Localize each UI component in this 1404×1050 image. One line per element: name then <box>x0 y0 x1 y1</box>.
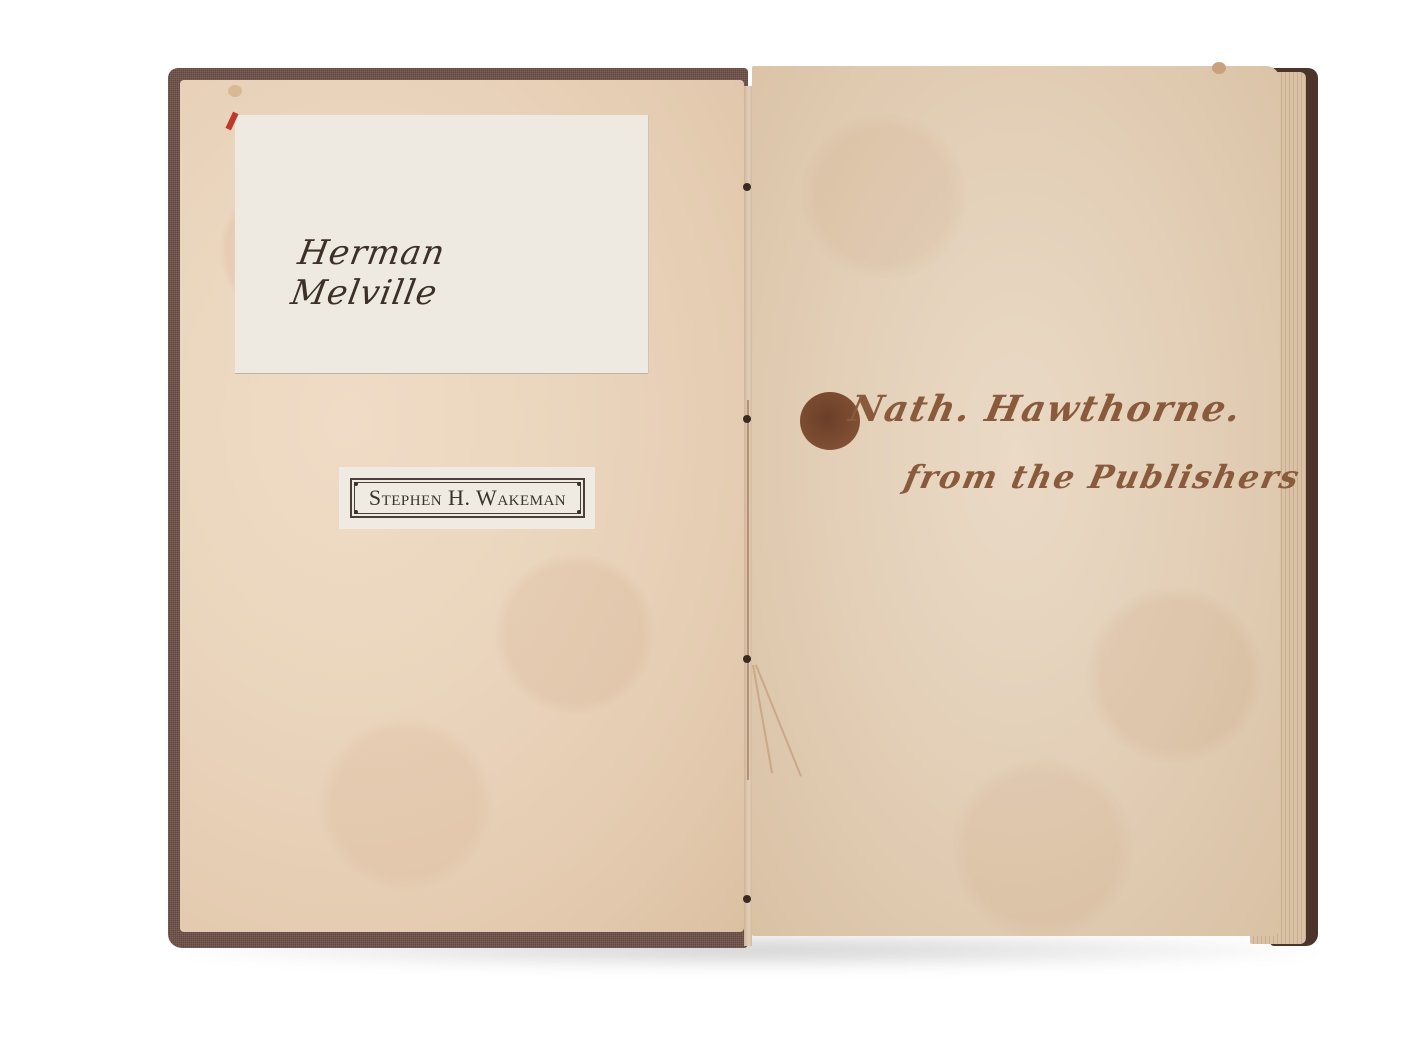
ornament-icon <box>577 510 581 514</box>
right-flyleaf-page <box>752 66 1280 936</box>
hawthorne-inscription-line2: from the Publishers <box>901 458 1304 496</box>
paper-tear <box>1212 62 1226 74</box>
binding-stitch <box>743 895 751 903</box>
bookplate-border: Stephen H. Wakeman <box>350 478 585 518</box>
bookplate-name: Stephen H. Wakeman <box>369 485 566 511</box>
bookplate: Stephen H. Wakeman <box>339 467 595 529</box>
melville-signature: Herman Melville <box>288 233 602 313</box>
ornament-icon <box>577 482 581 486</box>
ornament-icon <box>354 482 358 486</box>
binding-stitch <box>743 655 751 663</box>
paper-stain <box>228 85 242 97</box>
binding-stitch <box>743 183 751 191</box>
ornament-icon <box>354 510 358 514</box>
hawthorne-inscription-line1: Nath. Hawthorne. <box>846 388 1247 430</box>
signature-card: Herman Melville <box>235 115 648 373</box>
binding-thread <box>747 400 749 780</box>
binding-stitch <box>743 415 751 423</box>
